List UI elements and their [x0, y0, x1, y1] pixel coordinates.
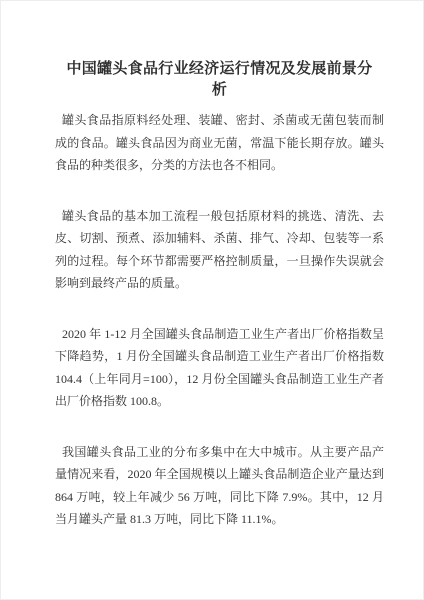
paragraph-output: 我国罐头食品工业的分布多集中在大中城市。从主要产品产量情况来看，2020 年全国… [55, 441, 384, 531]
paragraph-intro: 罐头食品指原料经处理、装罐、密封、杀菌或无菌包装而制成的食品。罐头食品因为商业无… [55, 109, 384, 177]
document-page: 中国罐头食品行业经济运行情况及发展前景分析 罐头食品指原料经处理、装罐、密封、杀… [0, 0, 424, 600]
document-title: 中国罐头食品行业经济运行情况及发展前景分析 [59, 59, 380, 101]
paragraph-price-index: 2020 年 1-12 月全国罐头食品制造工业生产者出厂价格指数呈下降趋势，1 … [55, 323, 384, 413]
document-content: 中国罐头食品行业经济运行情况及发展前景分析 罐头食品指原料经处理、装罐、密封、杀… [1, 59, 423, 531]
paragraph-process: 罐头食品的基本加工流程一般包括原材料的挑选、清洗、去皮、切割、预煮、添加辅料、杀… [55, 205, 384, 295]
